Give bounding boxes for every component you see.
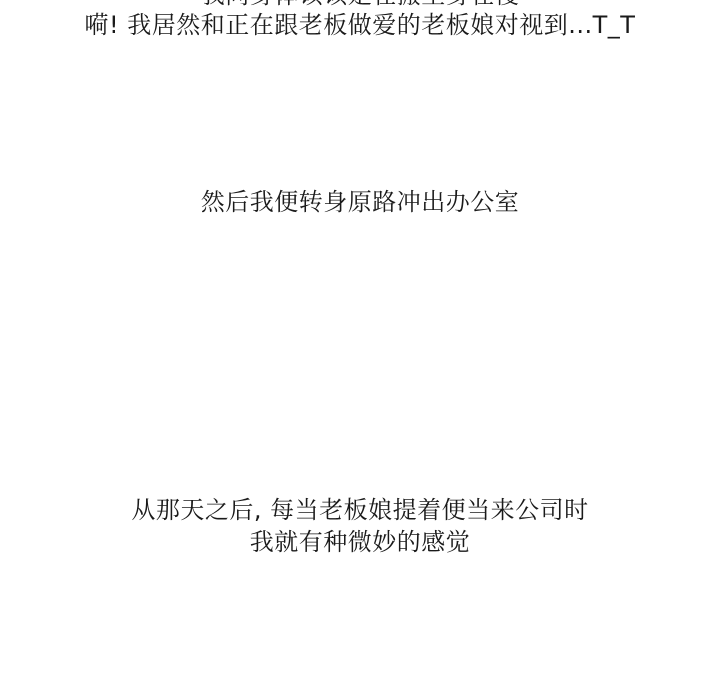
caption-line: 然后我便转身原路冲出办公室	[0, 186, 720, 218]
caption-ran-out: 然后我便转身原路冲出办公室	[0, 186, 720, 218]
caption-since-that-day: 从那天之后, 每当老板娘提着便当来公司时 我就有种微妙的感觉	[0, 494, 720, 558]
caption-line-2: 我就有种微妙的感觉	[0, 526, 720, 558]
caption-line-1: 从那天之后, 每当老板娘提着便当来公司时	[0, 494, 720, 526]
caption-line: 嗬! 我居然和正在跟老板做爱的老板娘对视到...T_T	[0, 9, 720, 41]
caption-eye-contact: 嗬! 我居然和正在跟老板做爱的老板娘对视到...T_T	[0, 9, 720, 41]
